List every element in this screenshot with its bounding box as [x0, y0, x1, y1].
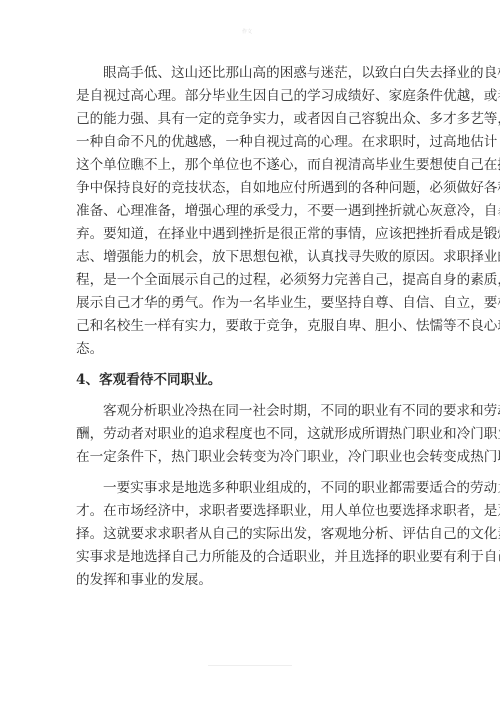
text-line: 弃。要知道，在择业中遇到挫折是很正常的事情，应该把挫折看成是锻炼意 — [76, 223, 422, 246]
text-line: 酬，劳动者对职业的追求程度也不同，这就形成所谓热门职业和冷门职业。 — [76, 423, 422, 446]
text-line: 己的能力强、具有一定的竞争实力，或者因自己容貌出众、多才多艺等，产生 — [76, 108, 422, 131]
text-line: 争中保持良好的竞技状态，自如地应付所遇到的各种问题，必须做好各种思想 — [76, 177, 422, 200]
section-heading: 4、客观看待不同职业。 — [76, 369, 422, 392]
text-line: 程，是一个全面展示自己的过程，必须努力完善自己，提高自身的素质，要有 — [76, 269, 422, 292]
text-line: 一种自命不凡的优越感，一种自视过高的心理。在求职时，过高地估计自己， — [76, 131, 422, 154]
text-line: 一要实事求是地选多种职业组成的，不同的职业都需要适合的劳动力及人 — [76, 477, 422, 500]
spacer — [76, 469, 422, 477]
text-line: 眼高手低、这山还比那山高的困惑与迷茫，以致白白失去择业的良机。四 — [76, 62, 422, 85]
heading-text: 4、客观看待不同职业。 — [76, 369, 422, 392]
text-line: 在一定条件下，热门职业会转变为冷门职业，冷门职业也会转变成热门职业。 — [76, 446, 422, 469]
paragraph-job-popularity: 客观分析职业冷热在同一社会时期，不同的职业有不同的要求和劳动报 酬，劳动者对职业… — [76, 400, 422, 469]
text-line: 实事求是地选择自己力所能及的合适职业，并且选择的职业要有利于自己潜能 — [76, 546, 422, 569]
paragraph-realistic-choice: 一要实事求是地选多种职业组成的，不同的职业都需要适合的劳动力及人 才。在市场经济… — [76, 477, 422, 592]
text-line: 择。这就要求求职者从自己的实际出发，客观地分析、评估自己的文化素质， — [76, 523, 422, 546]
text-line: 己和名校生一样有实力，要敢于竞争，克服自卑、胆小、怯懦等不良心理状 — [76, 315, 422, 338]
text-line: 准备、心理准备，增强心理的承受力，不要一遇到挫折就心灰意冷，自暴自 — [76, 200, 422, 223]
text-line: 展示自己才华的勇气。作为一名毕业生，要坚持自尊、自信、自立，要相信自 — [76, 292, 422, 315]
text-line: 志、增强能力的机会，放下思想包袱，认真找寻失败的原因。求职择业的过 — [76, 246, 422, 269]
footer-rule — [208, 665, 292, 666]
document-body: 眼高手低、这山还比那山高的困惑与迷茫，以致白白失去择业的良机。四 是自视过高心理… — [76, 62, 422, 592]
text-line: 才。在市场经济中，求职者要选择职业，用人单位也要选择求职者，是双向选 — [76, 500, 422, 523]
paragraph-self-perception: 眼高手低、这山还比那山高的困惑与迷茫，以致白白失去择业的良机。四 是自视过高心理… — [76, 62, 422, 361]
spacer — [76, 392, 422, 400]
text-line: 客观分析职业冷热在同一社会时期，不同的职业有不同的要求和劳动报 — [76, 400, 422, 423]
text-line: 态。 — [76, 338, 422, 361]
text-line: 的发挥和事业的发展。 — [76, 569, 422, 592]
header-watermark: 作文 — [242, 28, 252, 35]
text-line: 是自视过高心理。部分毕业生因自己的学习成绩好、家庭条件优越，或者因自 — [76, 85, 422, 108]
spacer — [76, 361, 422, 369]
text-line: 这个单位瞧不上，那个单位也不遂心，而自视清高毕业生要想使自己在择业竞 — [76, 154, 422, 177]
